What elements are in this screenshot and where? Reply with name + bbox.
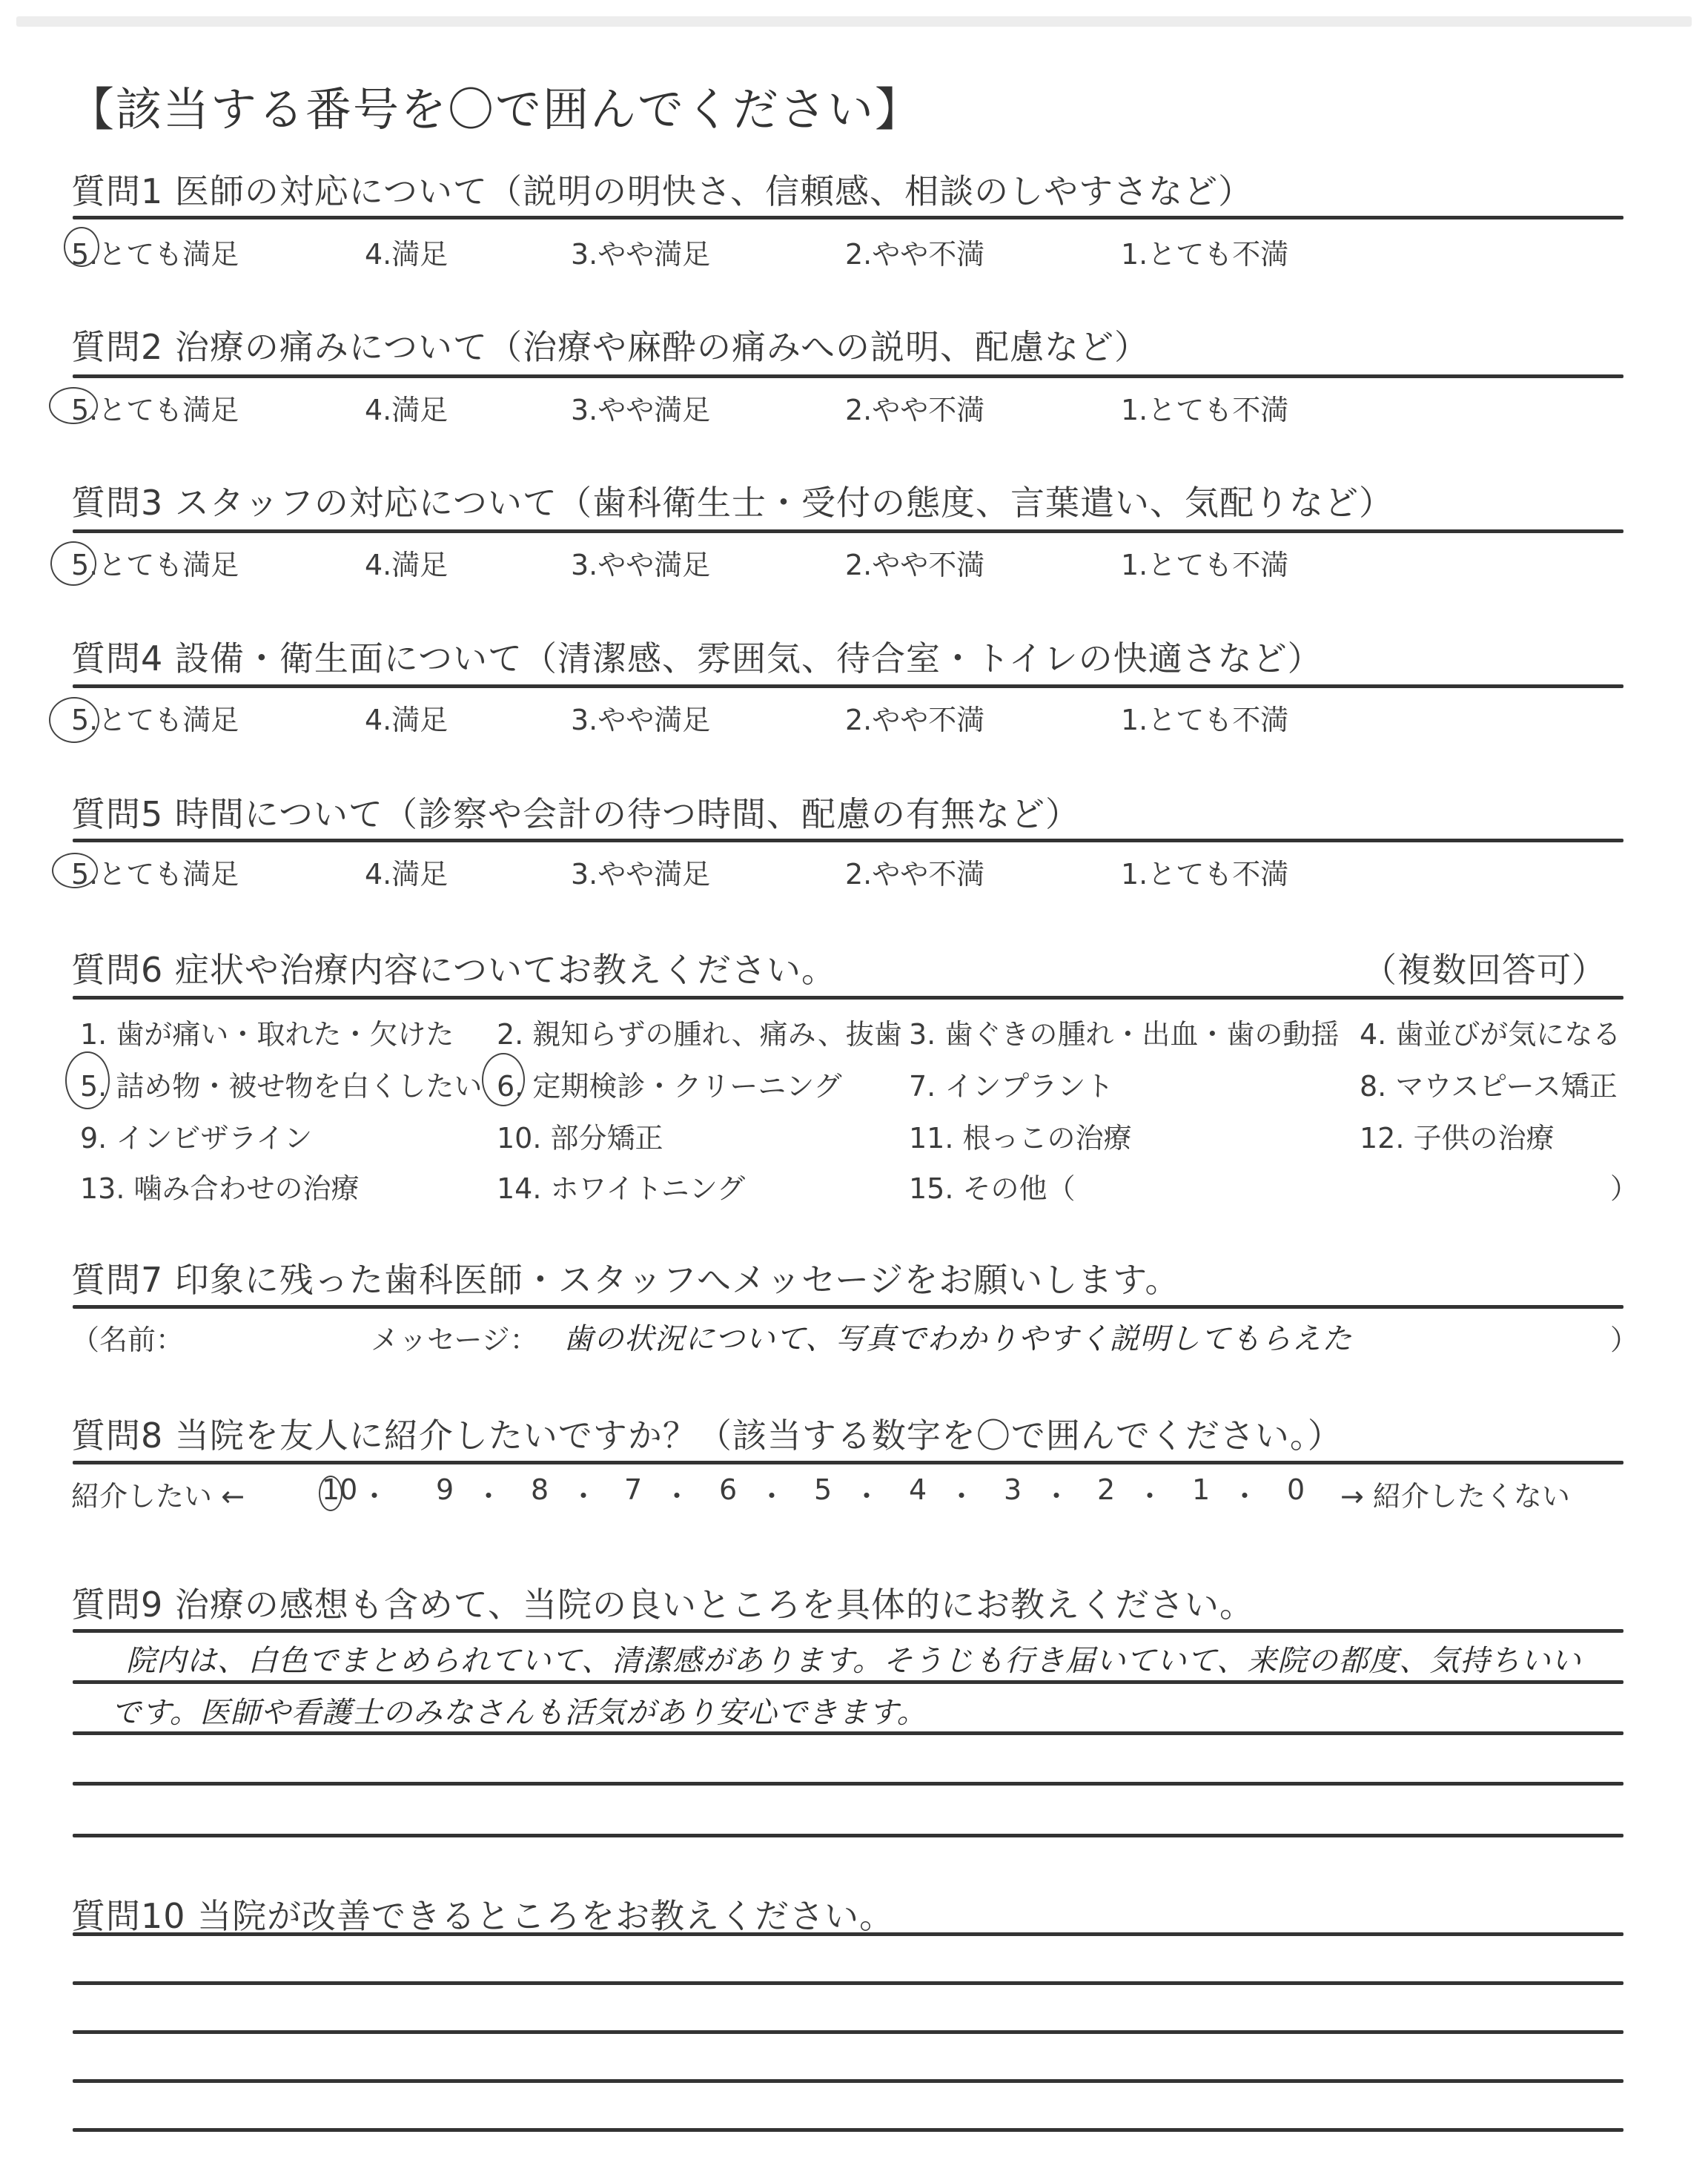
scan-edge [16,16,1692,27]
q5-rule [73,839,1623,842]
q9-rule-5 [73,1834,1623,1837]
q8-heading: 質問8 当院を友人に紹介したいですか？（該当する数字を〇で囲んでください。） [71,1409,1343,1458]
q8-scale-7[interactable]: 7 [624,1473,642,1506]
q3-option-2[interactable]: 2.やや不満 [845,542,984,583]
q8-dot: ・ [758,1473,786,1514]
q6-option-9[interactable]: 9. インビザライン [80,1115,312,1156]
q8-scale-6[interactable]: 6 [719,1473,737,1506]
q5-heading: 質問5 時間について（診察や会計の待つ時間、配慮の有無など） [71,787,1080,836]
q6-option-13[interactable]: 13. 噛み合わせの治療 [80,1166,360,1206]
q8-dot: ・ [1136,1473,1164,1514]
q10-rule-1 [73,1932,1623,1936]
q10-rule-5 [73,2128,1623,2132]
q5-selection-circle [52,853,98,888]
q8-dot: ・ [853,1473,881,1514]
q6-option-10[interactable]: 10. 部分矯正 [497,1115,663,1156]
q4-selection-circle [49,697,99,743]
q8-dot: ・ [1231,1473,1259,1514]
q10-rule-4 [73,2079,1623,2083]
q6-option-6[interactable]: 6. 定期検診・クリーニング [497,1063,842,1104]
q7-message-label: メッセージ： [371,1317,538,1358]
q9-rule-4 [73,1782,1623,1786]
q8-scale-3[interactable]: 3 [1004,1473,1022,1506]
q8-dot: ・ [474,1473,503,1514]
q3-option-3[interactable]: 3.やや満足 [571,542,710,583]
q5-option-4[interactable]: 4.満足 [365,851,448,892]
q8-scale-8[interactable]: 8 [531,1473,549,1506]
q6-option-2[interactable]: 2. 親知らずの腫れ、痛み、抜歯 [497,1011,902,1052]
q8-left-label: 紹介したい ← [71,1473,245,1514]
q6-option-7[interactable]: 7. インプラント [909,1063,1113,1104]
q2-selection-circle [49,387,98,424]
q6-option-5[interactable]: 5. 詰め物・被せ物を白くしたい [80,1063,482,1104]
q6-multiple-note: （複数回答可） [1363,943,1606,992]
q6-option-8[interactable]: 8. マウスピース矯正 [1360,1063,1618,1104]
q1-option-2[interactable]: 2.やや不満 [845,231,984,272]
q7-name-label: （名前： [71,1317,184,1358]
q3-option-1[interactable]: 1.とても不満 [1121,542,1288,583]
q6-selection-circle-5 [65,1051,110,1109]
q6-option-12[interactable]: 12. 子供の治療 [1360,1115,1555,1156]
q1-selection-circle [64,227,99,267]
q8-scale-4[interactable]: 4 [909,1473,927,1506]
q4-rule [73,684,1623,688]
q9-rule-2 [73,1680,1623,1684]
q4-option-4[interactable]: 4.満足 [365,697,448,738]
q8-scale-2[interactable]: 2 [1097,1473,1115,1506]
q3-selection-circle [50,541,96,586]
q2-option-2[interactable]: 2.やや不満 [845,387,984,428]
q9-answer-line-2[interactable]: です。医師や看護士のみなさんも活気があり安心できます。 [111,1689,927,1731]
q9-rule-3 [73,1731,1623,1735]
q6-option-3[interactable]: 3. 歯ぐきの腫れ・出血・歯の動揺 [909,1011,1339,1052]
q7-rule [73,1305,1623,1309]
q7-close-paren: ） [1610,1317,1638,1358]
q8-dot: ・ [1042,1473,1070,1514]
q9-answer-line-1[interactable]: 院内は、白色でまとめられていて、清潔感があります。そうじも行き届いていて、来院の… [126,1637,1581,1680]
q6-selection-circle-6 [482,1053,525,1106]
q8-dot: ・ [569,1473,598,1514]
q7-heading: 質問7 印象に残った歯科医師・スタッフへメッセージをお願いします。 [71,1253,1180,1302]
q4-option-2[interactable]: 2.やや不満 [845,697,984,738]
q4-option-3[interactable]: 3.やや満足 [571,697,710,738]
q8-scale-1[interactable]: 1 [1192,1473,1210,1506]
q5-option-3[interactable]: 3.やや満足 [571,851,710,892]
q8-selection-circle [319,1476,342,1511]
q10-heading: 質問10 当院が改善できるところをお教えください。 [71,1889,894,1938]
q9-heading: 質問9 治療の感想も含めて、当院の良いところを具体的にお教えください。 [71,1578,1254,1627]
q8-scale-9[interactable]: 9 [436,1473,454,1506]
q3-rule [73,529,1623,533]
q6-option-11[interactable]: 11. 根っこの治療 [909,1115,1132,1156]
q2-option-1[interactable]: 1.とても不満 [1121,387,1288,428]
q8-scale-0[interactable]: 0 [1287,1473,1305,1506]
q5-option-2[interactable]: 2.やや不満 [845,851,984,892]
q10-rule-2 [73,1981,1623,1985]
q2-heading: 質問2 治療の痛みについて（治療や麻酔の痛みへの説明、配慮など） [71,320,1149,369]
q9-rule-1 [73,1629,1623,1633]
q6-option-15-close: ） [1610,1166,1638,1206]
q3-heading: 質問3 スタッフの対応について（歯科衛生士・受付の態度、言葉遣い、気配りなど） [71,476,1394,525]
q6-option-4[interactable]: 4. 歯並びが気になる [1360,1011,1621,1052]
q8-rule [73,1461,1623,1464]
page-title: 【該当する番号を〇で囲んでください】 [68,73,922,139]
q2-option-4[interactable]: 4.満足 [365,387,448,428]
q6-option-14[interactable]: 14. ホワイトニング [497,1166,745,1206]
q1-rule [73,216,1623,219]
q1-option-4[interactable]: 4.満足 [365,231,448,272]
q1-heading: 質問1 医師の対応について（説明の明快さ、信頼感、相談のしやすさなど） [71,165,1253,214]
q8-right-label: → 紹介したくない [1340,1473,1570,1514]
q7-message-value[interactable]: 歯の状況について、写真でわかりやすく説明してもらえた [563,1315,1352,1358]
q6-heading: 質問6 症状や治療内容についてお教えください。 [71,943,836,992]
q8-dot: ・ [663,1473,691,1514]
q1-option-3[interactable]: 3.やや満足 [571,231,710,272]
q6-rule [73,996,1623,1000]
q2-option-3[interactable]: 3.やや満足 [571,387,710,428]
q8-dot: ・ [947,1473,976,1514]
q8-scale-5[interactable]: 5 [814,1473,832,1506]
q4-option-1[interactable]: 1.とても不満 [1121,697,1288,738]
q2-rule [73,374,1623,378]
q6-option-15[interactable]: 15. その他（ [909,1166,1076,1206]
q8-dot: ・ [360,1473,388,1514]
q10-rule-3 [73,2030,1623,2034]
q5-option-1[interactable]: 1.とても不満 [1121,851,1288,892]
q4-heading: 質問4 設備・衛生面について（清潔感、雰囲気、待合室・トイレの快適さなど） [71,632,1323,681]
q1-option-1[interactable]: 1.とても不満 [1121,231,1288,272]
q3-option-4[interactable]: 4.満足 [365,542,448,583]
q6-option-1[interactable]: 1. 歯が痛い・取れた・欠けた [80,1011,454,1052]
